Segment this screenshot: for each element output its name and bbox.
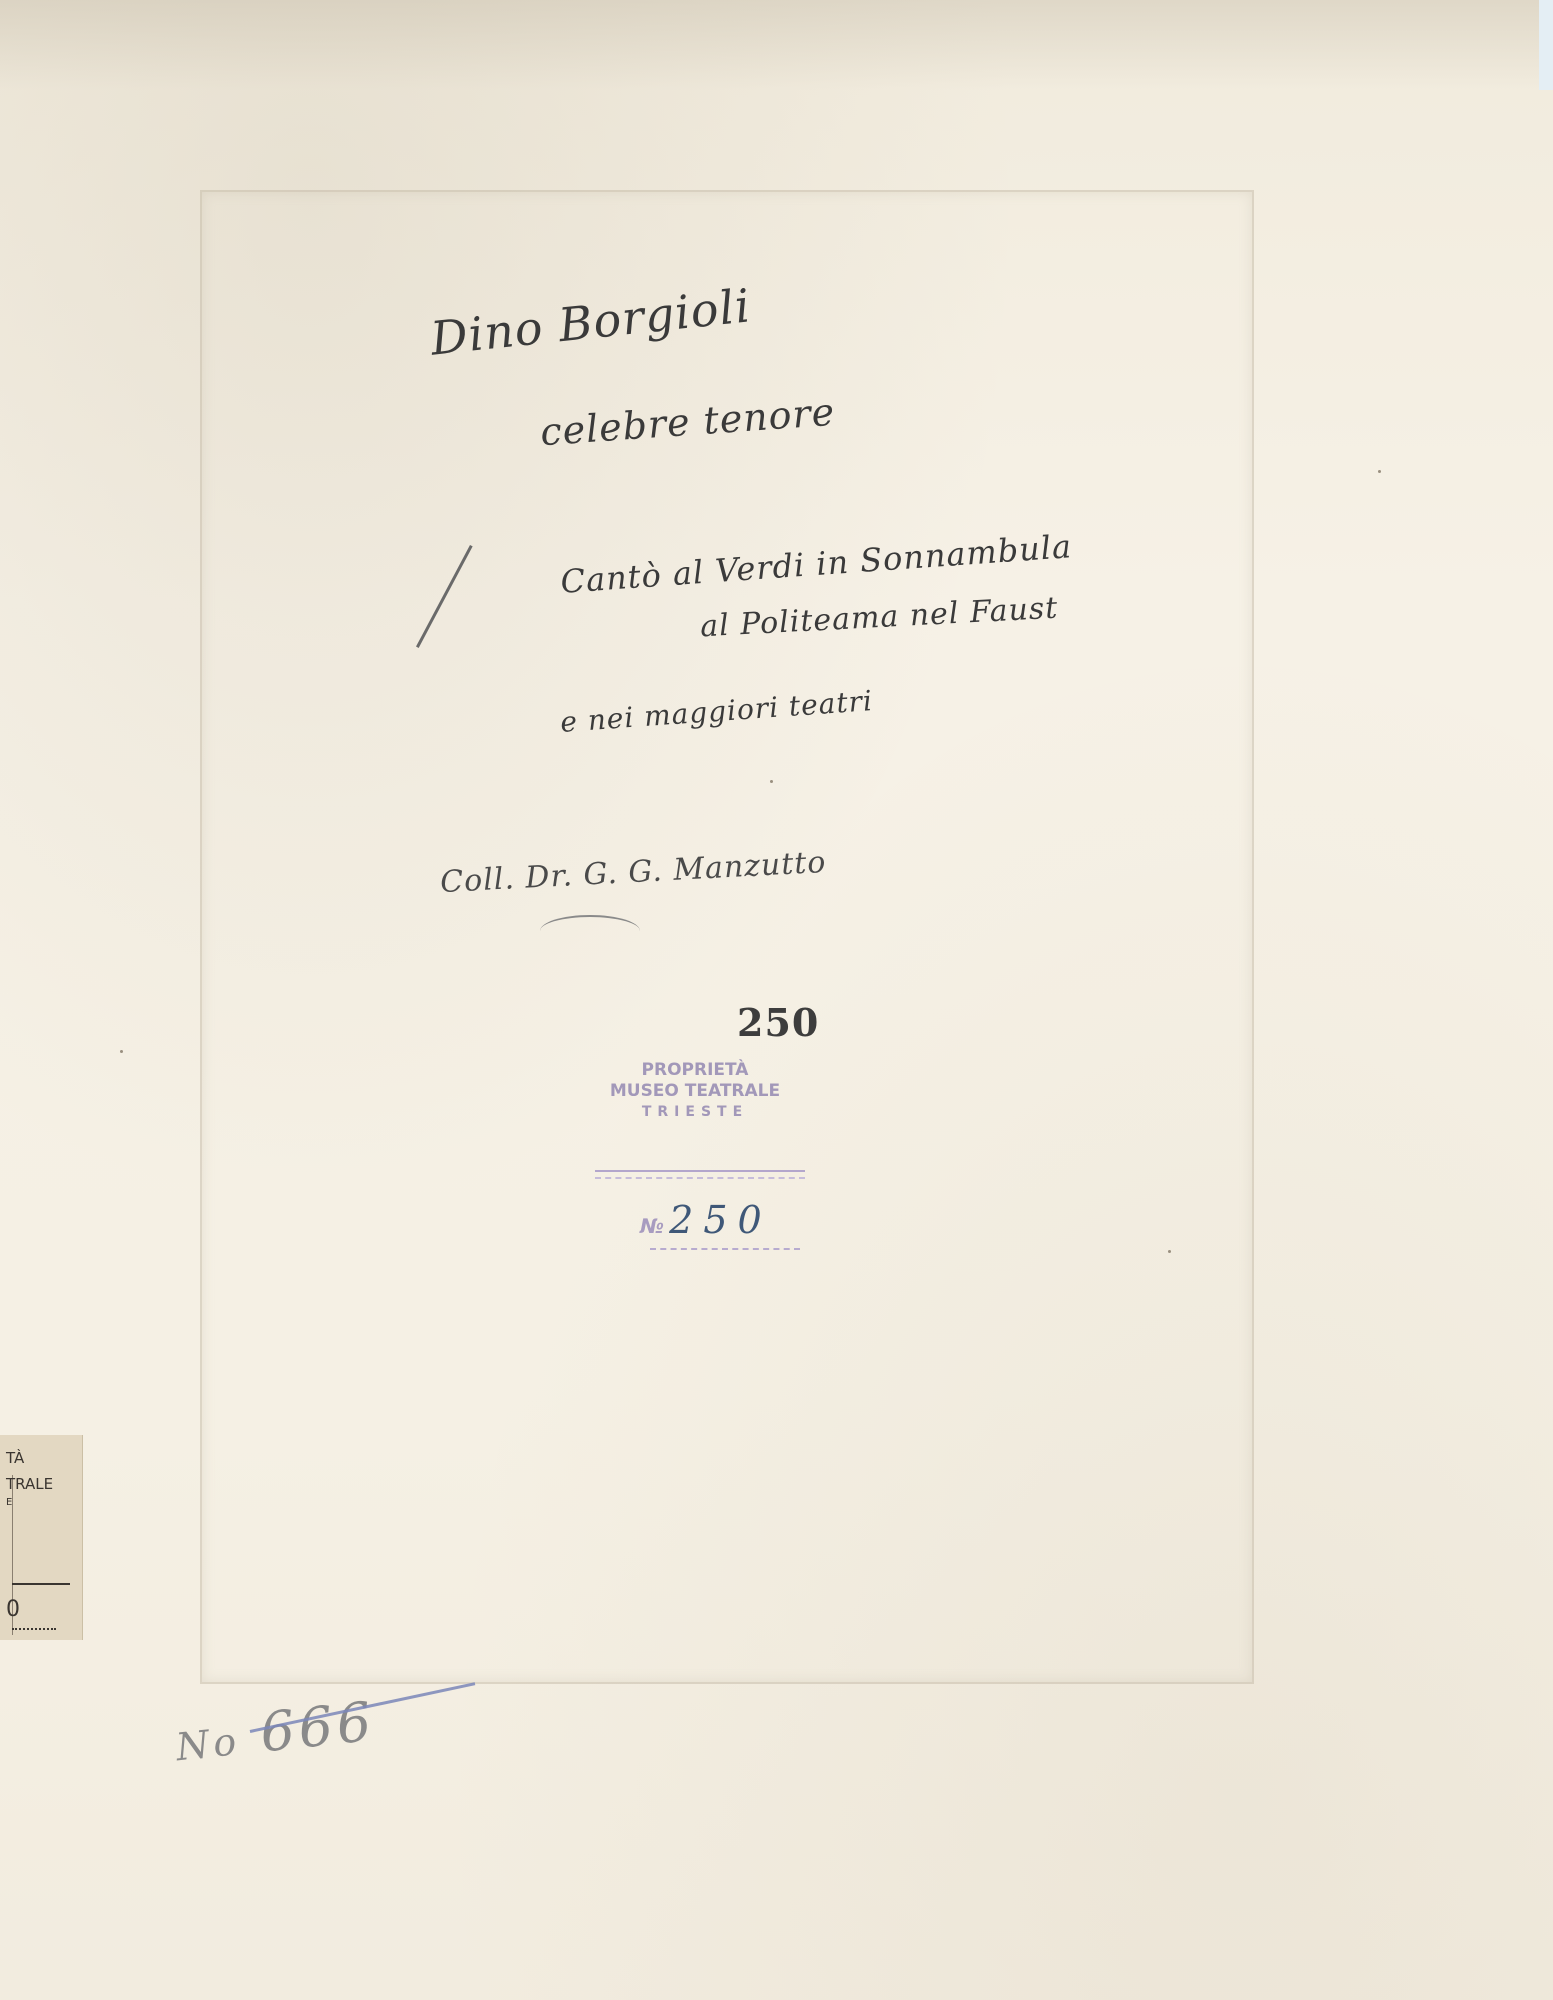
paper-speck xyxy=(120,1050,123,1053)
paper-speck xyxy=(770,780,773,783)
printed-number: 250 xyxy=(737,1000,819,1045)
stamp-rule xyxy=(595,1170,805,1179)
inventory-value: 250 xyxy=(669,1198,772,1242)
label-line-3: E xyxy=(6,1497,12,1508)
paper-speck xyxy=(1168,1250,1171,1253)
stamp-line-3: TRIESTE xyxy=(595,1102,795,1123)
label-line-2: TRALE xyxy=(6,1475,53,1493)
document-sheet: Dino Borgioli celebre tenore Cantò al Ve… xyxy=(0,0,1553,2000)
top-fold-shadow xyxy=(0,0,1553,90)
signature-flourish xyxy=(540,915,640,947)
numero-sign: № xyxy=(640,1214,664,1238)
stamp-line-1: PROPRIETÀ xyxy=(595,1060,795,1081)
paper-speck xyxy=(1378,470,1381,473)
museum-stamp: PROPRIETÀ MUSEO TEATRALE TRIESTE xyxy=(595,1060,795,1123)
label-number-fragment: 0 xyxy=(6,1597,20,1622)
label-dotted-rule xyxy=(12,1628,56,1630)
pencil-note: No 666 xyxy=(172,1690,378,1774)
pencil-prefix: No xyxy=(174,1719,242,1769)
label-rule xyxy=(12,1583,70,1585)
label-line-1: TÀ xyxy=(6,1449,24,1467)
inventory-underline xyxy=(650,1248,800,1250)
scan-edge xyxy=(1539,0,1553,90)
stamp-line-2: MUSEO TEATRALE xyxy=(595,1081,795,1102)
side-label: TÀ TRALE E 0 xyxy=(0,1435,83,1640)
inventory-number: № 250 xyxy=(640,1198,772,1242)
